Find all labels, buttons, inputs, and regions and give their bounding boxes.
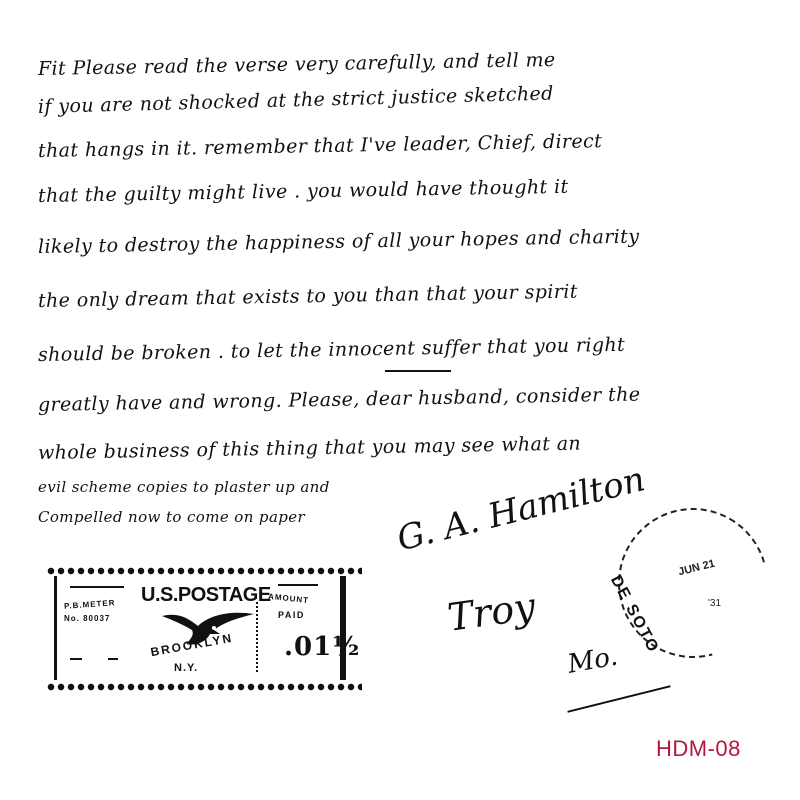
letter-line: greatly have and wrong. Please, dear hus… — [38, 383, 641, 416]
letter-line: evil scheme copies to plaster up and — [38, 478, 330, 496]
postmark-year: '31 — [708, 598, 721, 609]
letter-line: Compelled now to come on paper — [38, 508, 305, 526]
signature-underline — [567, 685, 670, 713]
letter-line: that hangs in it. remember that I've lea… — [38, 130, 603, 162]
stamp-rule — [108, 658, 118, 660]
stamp-value: .01½ — [284, 632, 360, 662]
stamp-perforation-bottom — [46, 682, 362, 692]
postmark: DE SOTO JUN 21 '31 — [608, 498, 778, 668]
stamp-paid-label: PAID — [278, 610, 305, 620]
stencil-artwork: Fit Please read the verse very carefully… — [0, 0, 800, 800]
postage-meter-stamp: U.S.POSTAGE P.B.METER No. 80037 AMOUNT P… — [46, 562, 362, 696]
letter-line: the only dream that exists to you than t… — [38, 281, 578, 312]
eagle-icon — [158, 608, 258, 648]
stamp-rule — [70, 586, 124, 588]
signature-place: Troy — [445, 584, 538, 640]
stamp-title: U.S.POSTAGE — [141, 584, 271, 607]
stamp-perforation-top — [46, 566, 362, 576]
product-code: HDM-08 — [656, 736, 741, 762]
underline — [385, 370, 451, 372]
stamp-meter-number: No. 80037 — [64, 614, 110, 623]
letter-line: Fit Please read the verse very carefully… — [38, 49, 556, 80]
stamp-rule — [70, 658, 82, 660]
letter-line: that the guilty might live . you would h… — [38, 176, 569, 207]
stamp-rule — [278, 584, 318, 586]
stamp-state: N.Y. — [174, 662, 198, 674]
letter-line: likely to destroy the happiness of all y… — [38, 226, 640, 258]
letter-line: whole business of this thing that you ma… — [38, 433, 581, 464]
letter-line: should be broken . to let the innocent s… — [38, 334, 625, 366]
letter-line: if you are not shocked at the strict jus… — [38, 83, 554, 118]
